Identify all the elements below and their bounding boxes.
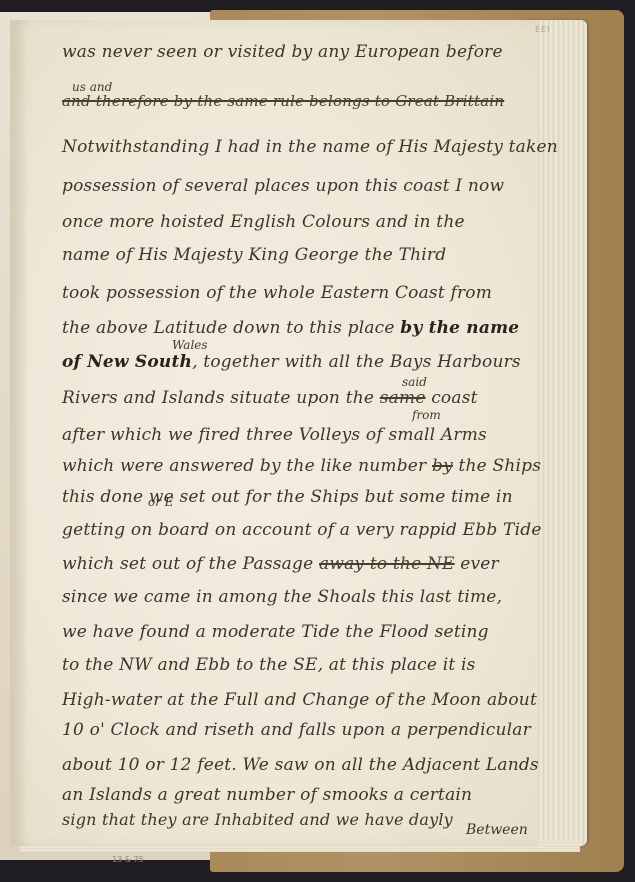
text-line-8: the above Latitude down to this place by… xyxy=(62,318,519,338)
catchword: Between xyxy=(466,822,528,838)
text-line-4: possession of several places upon this c… xyxy=(62,176,504,196)
line-text: name of His Majesty King George the Thir… xyxy=(62,245,446,265)
line-text: was never seen or visited by any Europea… xyxy=(62,42,503,62)
text-line-7: took possession of the whole Eastern Coa… xyxy=(62,283,492,303)
text-line-11: after which we fired three Volleys of sm… xyxy=(62,425,487,445)
text-line-3: Notwithstanding I had in the name of His… xyxy=(62,137,558,157)
text-line-6: name of His Majesty King George the Thir… xyxy=(62,245,446,265)
line-text: High-water at the Full and Change of the… xyxy=(62,690,537,710)
text-line-23: sign that they are Inhabited and we have… xyxy=(62,810,453,829)
line-text: coast xyxy=(431,388,477,408)
line-text: the Ships xyxy=(458,456,541,476)
line-text: ever xyxy=(460,554,499,574)
text-line-1: was never seen or visited by any Europea… xyxy=(62,42,503,62)
text-line-21: about 10 or 12 feet. We saw on all the A… xyxy=(62,755,539,775)
text-line-20: 10 o' Clock and riseth and falls upon a … xyxy=(62,720,531,740)
folio-number: EEI xyxy=(535,25,550,34)
text-line-14: getting on board on account of a very ra… xyxy=(62,520,542,540)
insertion-or-e: or E xyxy=(148,495,174,509)
line-text: possession of several places upon this c… xyxy=(62,176,504,196)
text-line-22: an Islands a great number of smooks a ce… xyxy=(62,785,472,805)
shelfmark: 13 & 75 xyxy=(112,855,144,864)
line-text: an Islands a great number of smooks a ce… xyxy=(62,785,472,805)
text-line-5: once more hoisted English Colours and in… xyxy=(62,212,465,232)
line-text: once more hoisted English Colours and in… xyxy=(62,212,465,232)
text-line-18: to the NW and Ebb to the SE, at this pla… xyxy=(62,655,476,675)
line-text: since we came in among the Shoals this l… xyxy=(62,587,502,607)
line-text: sign that they are Inhabited and we have… xyxy=(62,810,453,829)
bold-text: by the name xyxy=(400,318,519,338)
page-gutter xyxy=(10,20,28,846)
text-line-10: Rivers and Islands situate upon the same… xyxy=(62,388,478,408)
text-line-2-struck: and therefore by the same rule belongs t… xyxy=(62,92,504,110)
text-line-19: High-water at the Full and Change of the… xyxy=(62,690,537,710)
line-text: to the NW and Ebb to the SE, at this pla… xyxy=(62,655,476,675)
text-line-13: this done we set out for the Ships but s… xyxy=(62,487,513,507)
line-text: 10 o' Clock and riseth and falls upon a … xyxy=(62,720,531,740)
line-text: this done we set out for the Ships but s… xyxy=(62,487,513,507)
insertion-wales: Wales xyxy=(172,338,208,352)
text-line-17: we have found a moderate Tide the Flood … xyxy=(62,622,489,642)
text-line-12: which were answered by the like number b… xyxy=(62,456,541,476)
insertion-from: from xyxy=(412,408,441,422)
line-text: getting on board on account of a very ra… xyxy=(62,520,542,540)
line-text: we have found a moderate Tide the Flood … xyxy=(62,622,489,642)
text-line-15: which set out of the Passage away to the… xyxy=(62,554,499,574)
text-line-9: of New South, together with all the Bays… xyxy=(62,352,521,372)
line-text: about 10 or 12 feet. We saw on all the A… xyxy=(62,755,539,775)
bold-text: of New South xyxy=(62,352,192,372)
line-text: which set out of the Passage xyxy=(62,554,313,574)
line-text: Rivers and Islands situate upon the xyxy=(62,388,374,408)
line-text: which were answered by the like number xyxy=(62,456,426,476)
text-line-16: since we came in among the Shoals this l… xyxy=(62,587,502,607)
insertion-said: said xyxy=(402,375,427,389)
struck-text: away to the NE xyxy=(319,554,455,574)
struck-text: and therefore by the same rule belongs t… xyxy=(62,92,504,110)
struck-text: by xyxy=(432,456,453,476)
line-text: , together with all the Bays Harbours xyxy=(192,352,521,372)
struck-text: same xyxy=(380,388,426,408)
line-text: the above Latitude down to this place xyxy=(62,318,395,338)
line-text: after which we fired three Volleys of sm… xyxy=(62,425,487,445)
line-text: Notwithstanding I had in the name of His… xyxy=(62,137,558,157)
line-text: took possession of the whole Eastern Coa… xyxy=(62,283,492,303)
